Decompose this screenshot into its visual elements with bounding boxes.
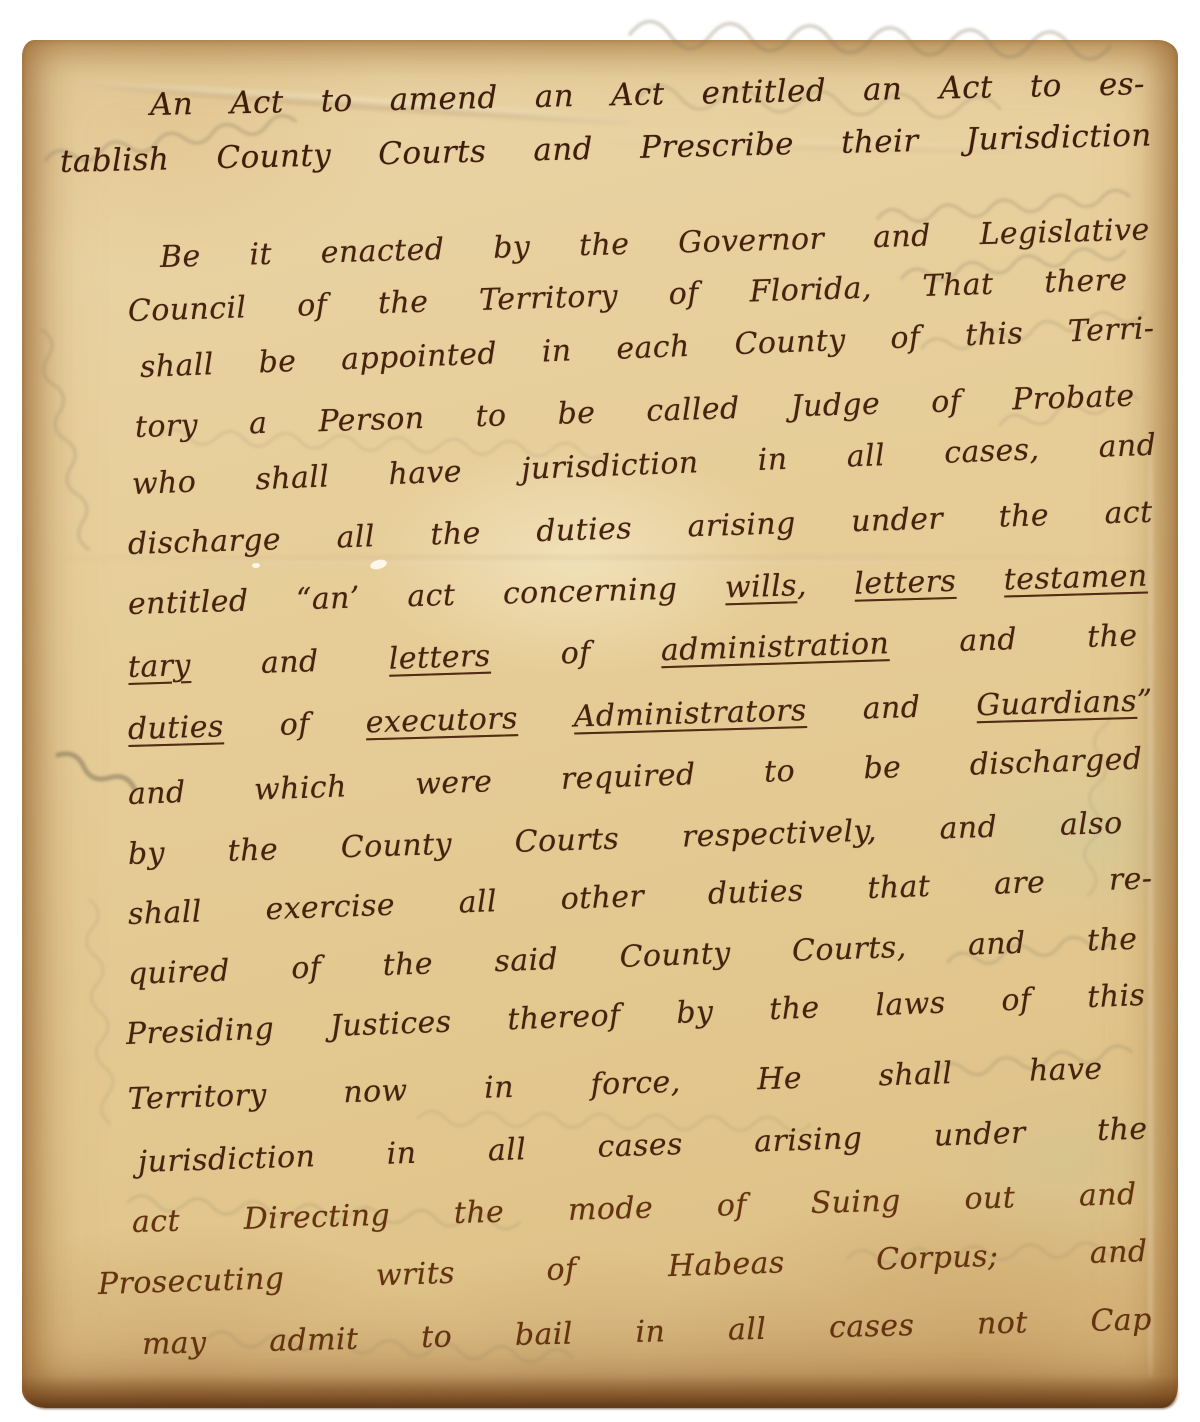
paper-edge-vignette [22, 1376, 1178, 1409]
text-segment: of [223, 705, 366, 744]
underlined-word: letters [388, 639, 491, 677]
text-segment: , [796, 567, 855, 604]
underlined-word: administration [660, 626, 889, 668]
text-segment: ” [1136, 683, 1153, 718]
underlined-word: wills [725, 568, 798, 605]
text-segment: and [806, 688, 977, 728]
text-segment [517, 700, 574, 737]
text-segment: and [190, 642, 389, 683]
underlined-word: Administrators [573, 693, 807, 734]
underlined-word: letters [854, 564, 957, 602]
underlined-word: testamen [1003, 559, 1148, 598]
underlined-word: executors [365, 701, 518, 740]
text-segment: of [490, 633, 661, 673]
scanned-document-page: An Act to amend an Act entitled an Act t… [0, 0, 1200, 1422]
underlined-word: tary [127, 648, 191, 685]
underlined-word: Guardians [976, 684, 1137, 723]
paper-hole [252, 563, 260, 568]
underlined-word: duties [127, 709, 224, 747]
text-segment [956, 563, 1005, 599]
text-segment: and the [889, 618, 1138, 661]
